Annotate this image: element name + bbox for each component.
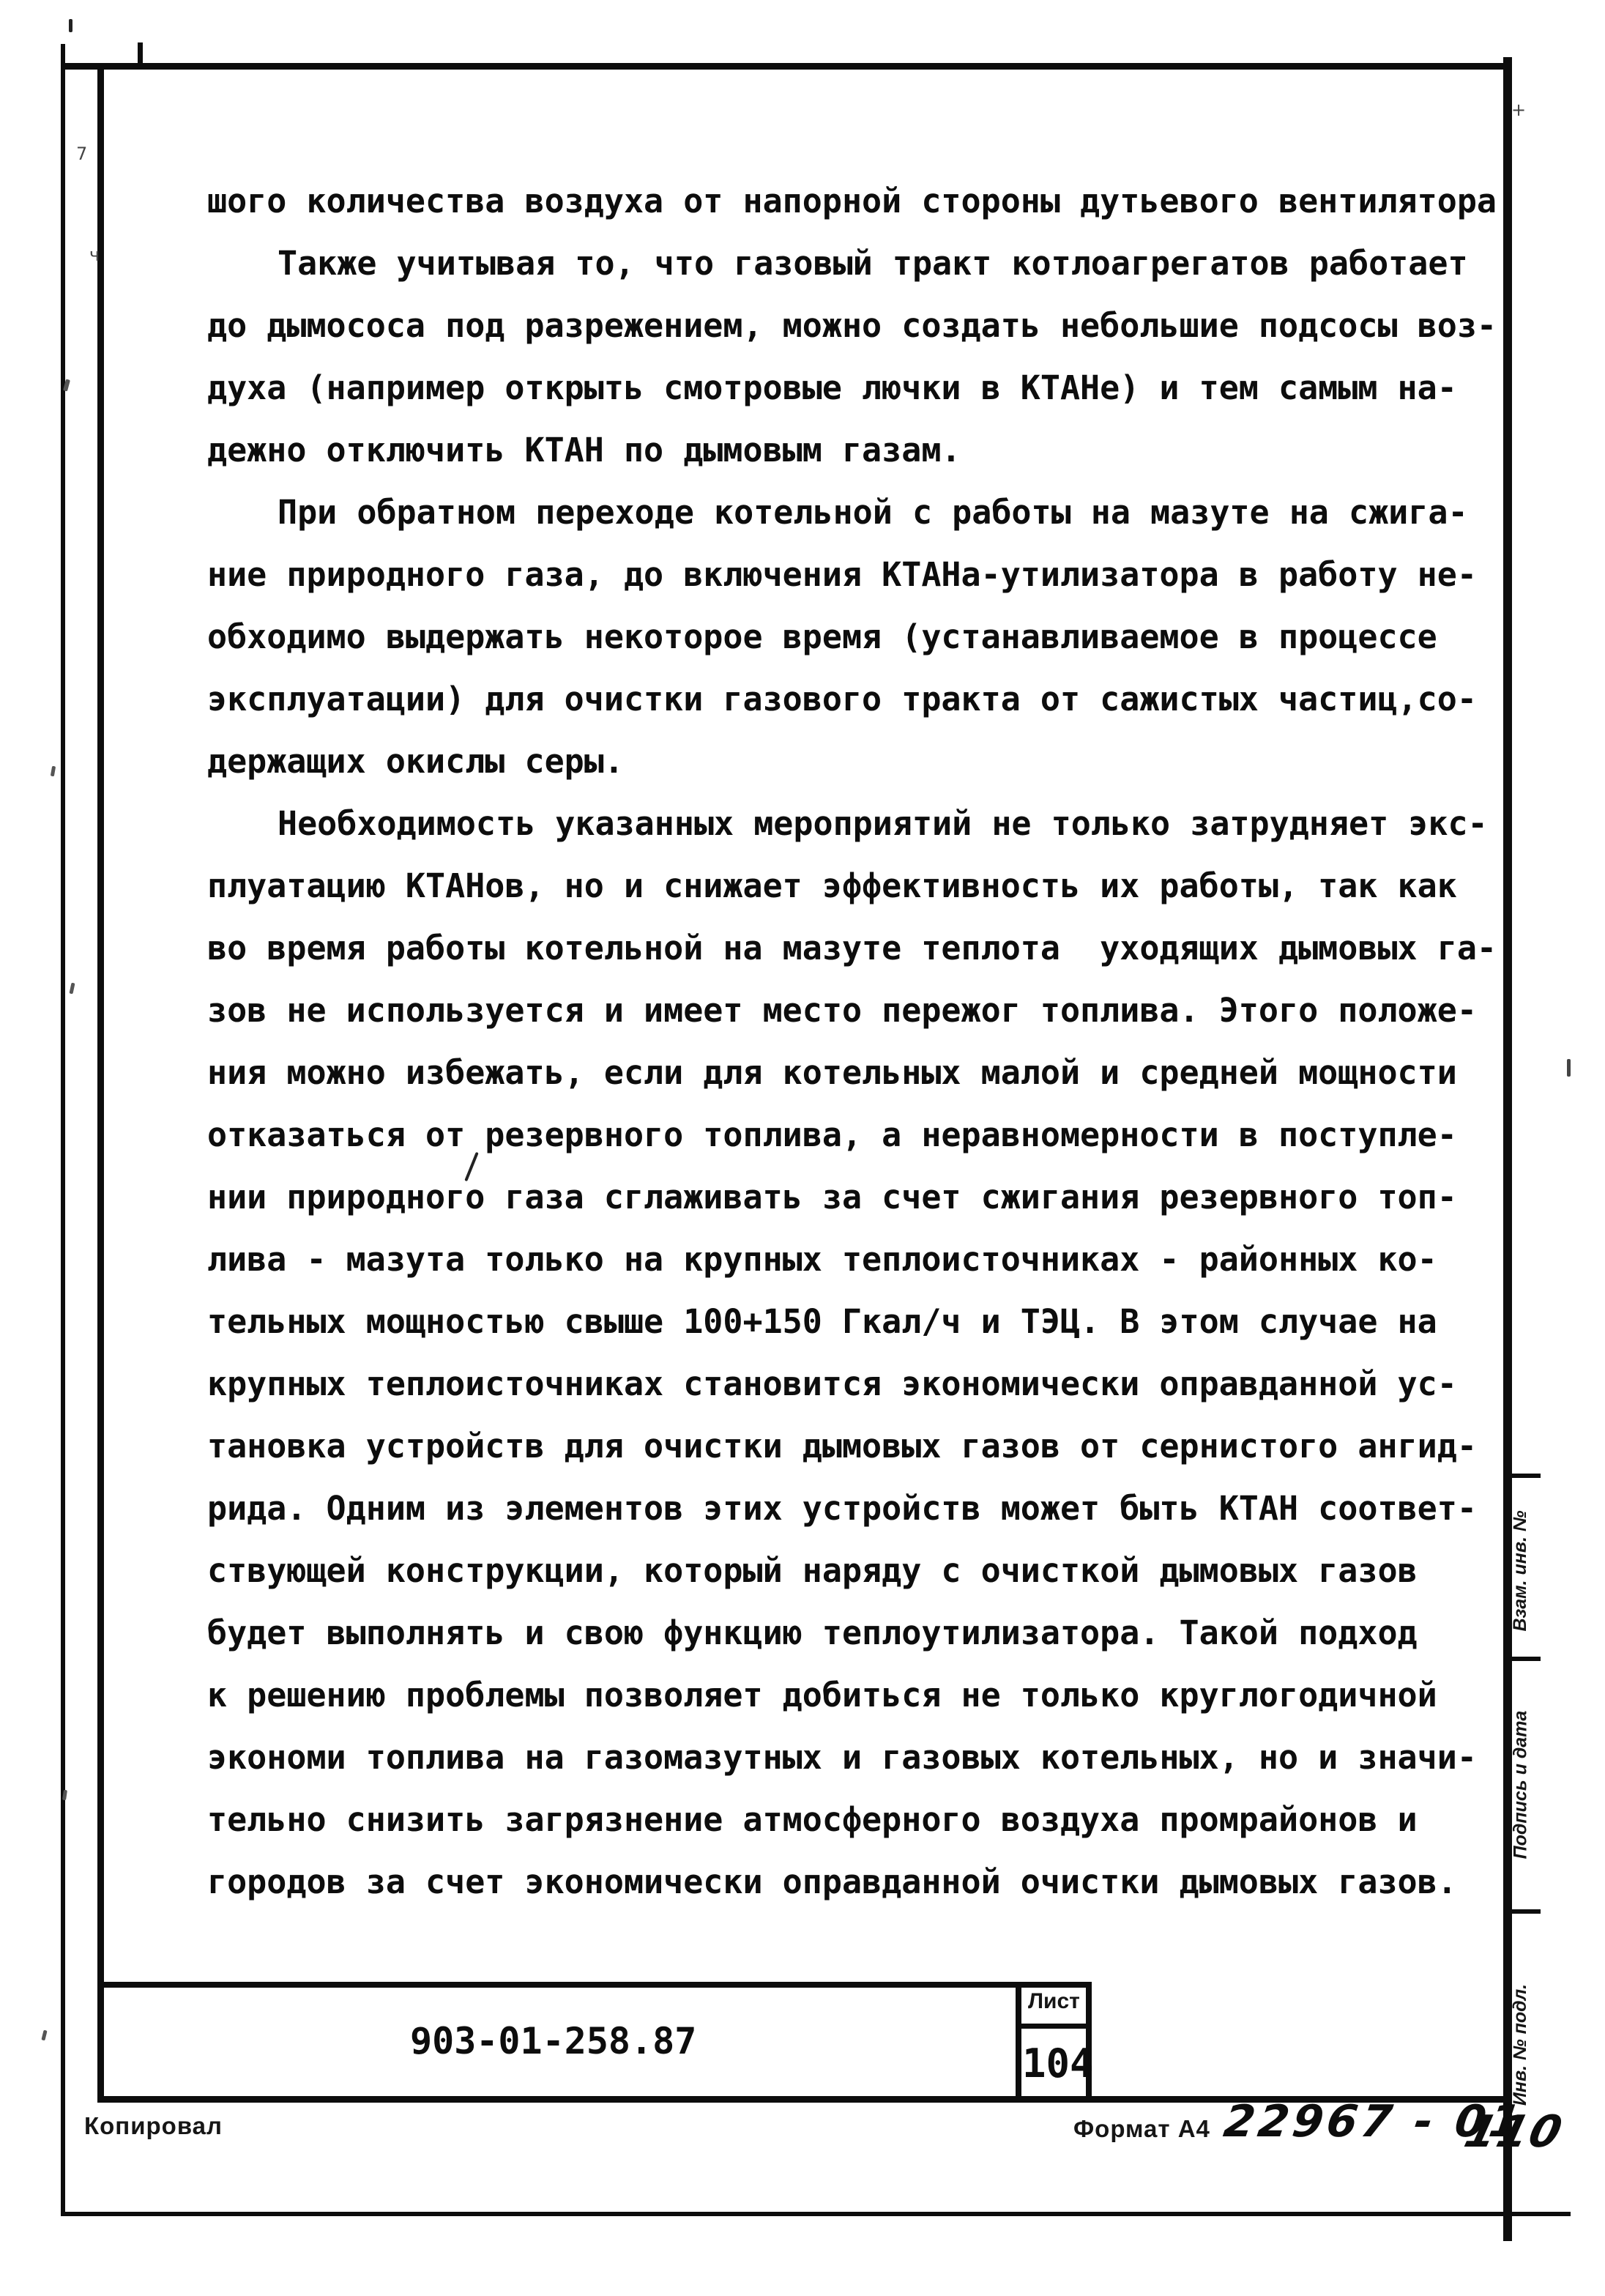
margin-divider	[1506, 1474, 1541, 1478]
text-line: экономи топлива на газомазутных и газовы…	[207, 1726, 1525, 1788]
text-line: дежно отключить КТАН по дымовым газам.	[207, 419, 1525, 481]
text-line: тельных мощностью свыше 100+150 Гкал/ч и…	[207, 1290, 1525, 1353]
format-label: Формат А4	[1073, 2115, 1210, 2143]
text-line: зов не используется и имеет место пережо…	[207, 979, 1525, 1041]
text-line: до дымососа под разрежением, можно созда…	[207, 294, 1525, 357]
text-line: шого количества воздуха от напорной стор…	[207, 170, 1525, 232]
copied-label: Копировал	[84, 2112, 223, 2140]
document-body: шого количества воздуха от напорной стор…	[207, 170, 1525, 1913]
text-line: отказаться от резервного топлива, а нера…	[207, 1104, 1525, 1166]
text-line: При обратном переходе котельной с работы…	[207, 481, 1525, 543]
text-line: к решению проблемы позволяет добиться не…	[207, 1664, 1525, 1726]
text-line: будет выполнять и свою функцию теплоутил…	[207, 1602, 1525, 1664]
text-line: ствующей конструкции, который наряду с о…	[207, 1539, 1525, 1602]
sheet-number: 104	[1022, 2040, 1094, 2087]
text-line: ние природного газа, до включения КТАНа-…	[207, 543, 1525, 606]
sheet-box-left-border	[1016, 1982, 1021, 2103]
text-line: тановка устройств для очистки дымовых га…	[207, 1415, 1525, 1477]
text-line: обходимо выдержать некоторое время (уста…	[207, 606, 1525, 668]
text-line: Необходимость указанных мероприятий не т…	[207, 792, 1525, 855]
outer-bottom-border	[61, 2212, 1571, 2216]
frame-top-border	[61, 63, 1512, 70]
sheet-label: Лист	[1028, 1989, 1080, 2014]
text-line: духа (например открыть смотровые лючки в…	[207, 357, 1525, 419]
text-line: держащих окислы серы.	[207, 730, 1525, 792]
margin-label-podpis-data: Подпись и дата	[1506, 1692, 1535, 1879]
text-line: тельно снизить загрязнение атмосферного …	[207, 1788, 1525, 1851]
scan-mark	[41, 2030, 47, 2041]
scan-mark	[1567, 1059, 1571, 1077]
margin-divider	[1506, 1909, 1541, 1914]
text-line: ния можно избежать, если для котельных м…	[207, 1041, 1525, 1104]
text-line: городов за счет экономически оправданной…	[207, 1851, 1525, 1913]
text-line: лива - мазута только на крупных теплоист…	[207, 1228, 1525, 1290]
sheet-box-divider	[1016, 2024, 1092, 2029]
text-line: во время работы котельной на мазуте тепл…	[207, 917, 1525, 979]
text-line: крупных теплоисточниках становится эконо…	[207, 1353, 1525, 1415]
scan-mark: +	[1511, 100, 1526, 120]
text-line: рида. Одним из элементов этих устройств …	[207, 1477, 1525, 1539]
document-number: 903-01-258.87	[410, 2020, 696, 2062]
scan-mark	[51, 766, 56, 777]
scan-mark: 7	[76, 144, 87, 164]
scan-mark	[69, 19, 72, 32]
margin-label-inv-podl: Инв. № подл.	[1505, 1935, 1535, 2155]
scanned-page: + шого количества воздуха от напорной ст…	[0, 0, 1605, 2296]
outer-left-border	[61, 44, 65, 2216]
scan-mark: ч	[89, 245, 100, 265]
scan-mark	[62, 1790, 67, 1801]
registration-tick	[138, 42, 143, 67]
margin-divider	[1506, 1657, 1541, 1661]
text-line: нии природного газа сглаживать за счет с…	[207, 1166, 1525, 1228]
scan-mark	[69, 983, 75, 995]
titleblock-top-border	[97, 1982, 1092, 1988]
text-line: плуатацию КТАНов, но и снижает эффективн…	[207, 855, 1525, 917]
text-line: эксплуатации) для очистки газового тракт…	[207, 668, 1525, 730]
margin-label-vzam-inv: Взам. инв. №	[1505, 1487, 1535, 1655]
text-line: Также учитывая то, что газовый тракт кот…	[207, 232, 1525, 294]
frame-left-border	[97, 63, 104, 2103]
